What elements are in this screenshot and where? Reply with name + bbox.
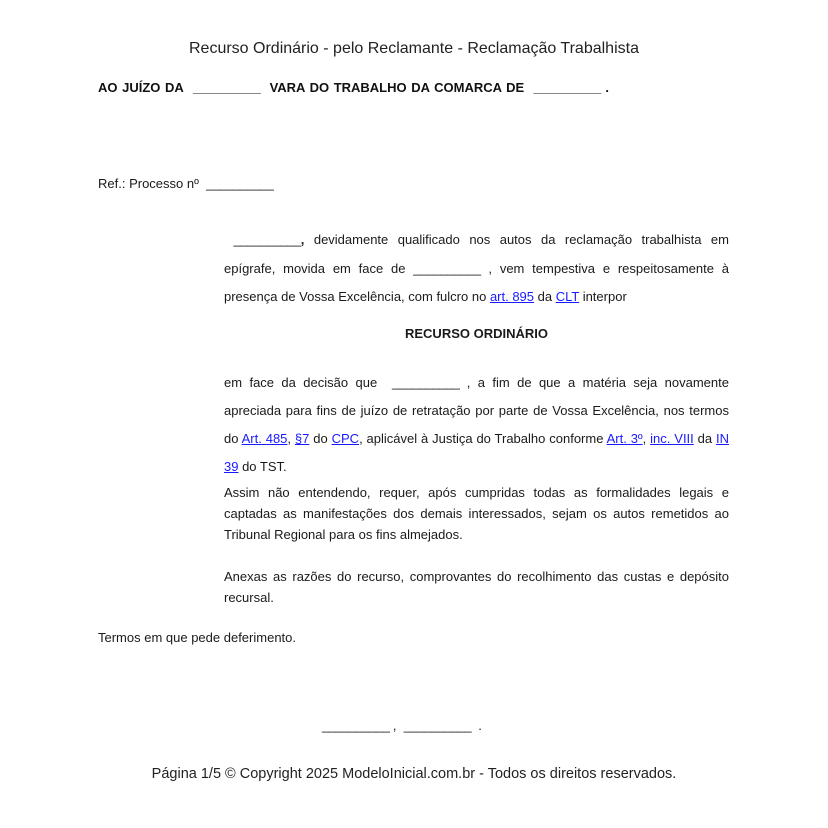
link-art-3[interactable]: Art. 3º	[607, 431, 643, 446]
link-cpc[interactable]: CPC	[332, 431, 359, 446]
place-blank: __________	[322, 718, 389, 733]
decision-paragraph: em face da decisão que __________ , a fi…	[224, 369, 729, 481]
line-end: .	[471, 718, 482, 733]
paragraph-text: em face da decisão que	[224, 375, 385, 390]
paragraph-text: da	[694, 431, 716, 446]
date-blank: __________	[404, 718, 471, 733]
intro-paragraph: __________, devidamente qualificado nos …	[224, 226, 729, 312]
link-art-485[interactable]: Art. 485	[242, 431, 288, 446]
attachments-paragraph: Anexas as razões do recurso, comprovante…	[224, 566, 729, 608]
place-date-line: __________ , __________ .	[322, 718, 482, 733]
link-inc-viii[interactable]: inc. VIII	[650, 431, 694, 446]
court-heading: AO JUÍZO DA __________ VARA DO TRABALHO …	[98, 80, 609, 95]
request-paragraph: Assim não entendendo, requer, após cumpr…	[224, 482, 729, 545]
decision-blank: __________	[392, 375, 459, 390]
claimant-blank: __________	[233, 232, 300, 247]
process-reference: Ref.: Processo nº __________	[98, 176, 273, 191]
closing-statement: Termos em que pede deferimento.	[98, 630, 296, 645]
heading-part1: AO JUÍZO DA	[98, 80, 184, 95]
page-footer: Página 1/5 © Copyright 2025 ModeloInicia…	[0, 766, 828, 782]
paragraph-text: do	[309, 431, 331, 446]
link-paragraph-7[interactable]: §7	[295, 431, 309, 446]
separator: ,	[287, 431, 295, 446]
defendant-blank: __________	[413, 261, 480, 276]
link-clt[interactable]: CLT	[556, 289, 579, 304]
section-title: RECURSO ORDINÁRIO	[224, 326, 729, 341]
paragraph-text: interpor	[579, 289, 627, 304]
paragraph-text: do TST.	[238, 459, 286, 474]
link-art-895[interactable]: art. 895	[490, 289, 534, 304]
heading-end: .	[605, 80, 609, 95]
paragraph-text: da	[534, 289, 556, 304]
separator: ,	[389, 718, 403, 733]
reference-label: Ref.: Processo nº	[98, 176, 199, 191]
heading-part2: VARA DO TRABALHO DA COMARCA DE	[270, 80, 525, 95]
heading-blank-court: __________	[193, 80, 260, 95]
document-title: Recurso Ordinário - pelo Reclamante - Re…	[0, 40, 828, 58]
paragraph-text: , aplicável à Justiça do Trabalho confor…	[359, 431, 607, 446]
reference-blank: __________	[206, 176, 273, 191]
heading-blank-district: __________	[533, 80, 600, 95]
